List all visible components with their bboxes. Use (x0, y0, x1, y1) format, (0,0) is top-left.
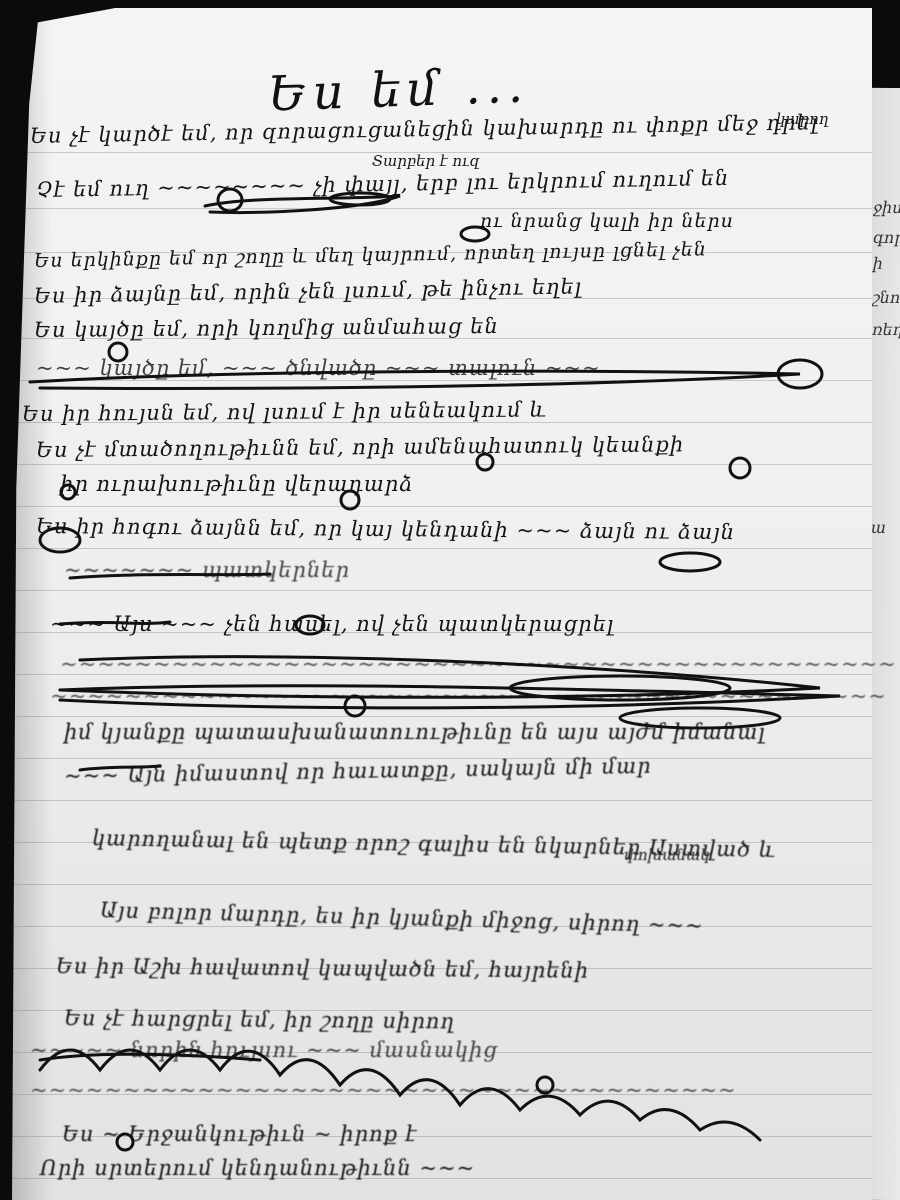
rule-line (12, 380, 872, 381)
rule-line (12, 590, 872, 591)
struck-line: ~~~~~ նորին հույսու ~~~ մասնակից (30, 1038, 498, 1062)
handwritten-line: Ես իր Աշխ հավատով կապվածն եմ, հայրենի (56, 954, 589, 983)
struck-line: ~~~ կայծը եմ, ~~~ ծնվածը ~~~ տալուն ~~~ (36, 356, 601, 380)
rule-line (12, 800, 872, 801)
back-page-text: ռեղ (872, 320, 900, 339)
handwritten-line: Ես ~ Երջանկութիւն ~ իրոք է (62, 1122, 417, 1146)
rule-line (12, 548, 872, 549)
rule-line (12, 716, 872, 717)
handwritten-line: Ես չէ հարցրել եմ, իր շողը սիրող (64, 1006, 455, 1033)
rule-line (12, 884, 872, 885)
struck-line: ~~~~~~~~~~~~~~~~~~~~~~~~~~~~~~~~~~~~~~~~… (60, 652, 897, 676)
back-page-text: ա (871, 518, 886, 537)
handwritten-line: ~~~ Այս ~~~ չեն հասել, ով չեն պատկերացրե… (50, 612, 614, 636)
back-page-text: ջիս (873, 198, 900, 217)
rule-line (12, 464, 872, 465)
margin-insertion: կարող (776, 110, 829, 128)
handwritten-line: իմ կյանքը պատասխանատուութիւնը են այս այժ… (64, 720, 766, 744)
interlinear-insertion: Տարբեր է ուզ (372, 152, 480, 170)
rule-line (12, 208, 872, 209)
struck-line: ~~~~~~~~~~~~~~~~~~~~~~~~~~~~~~~~~~~~~~ (30, 1078, 737, 1102)
handwritten-line: իր ուրախութիւնը վերադարձ (60, 472, 414, 496)
back-page-text: ի (873, 254, 883, 273)
back-page-text: գոր (873, 228, 900, 247)
handwritten-line: Որի սրտերում կենդանութիւնն ~~~ (40, 1156, 475, 1180)
rule-line (12, 506, 872, 507)
handwritten-line: Ես կայծը եմ, որի կողմից անմահաց են (34, 314, 499, 342)
interlinear-insertion: փոխանակ (624, 846, 710, 864)
handwritten-line: Ես իր հույսն եմ, ով լսում է իր սենեակում… (22, 397, 547, 426)
handwritten-line: ու նրանց կալի իր ներս (480, 210, 734, 232)
struck-line: ~~~~~~~ պատկերներ (64, 558, 350, 582)
struck-line: ~~~~~~~~~~~~~~~~~~~~~~~~~~~~~~~~~~~~~~~~… (50, 684, 887, 708)
page-title: Ես եմ ... (267, 57, 530, 122)
back-page-text: շնո (872, 288, 900, 307)
